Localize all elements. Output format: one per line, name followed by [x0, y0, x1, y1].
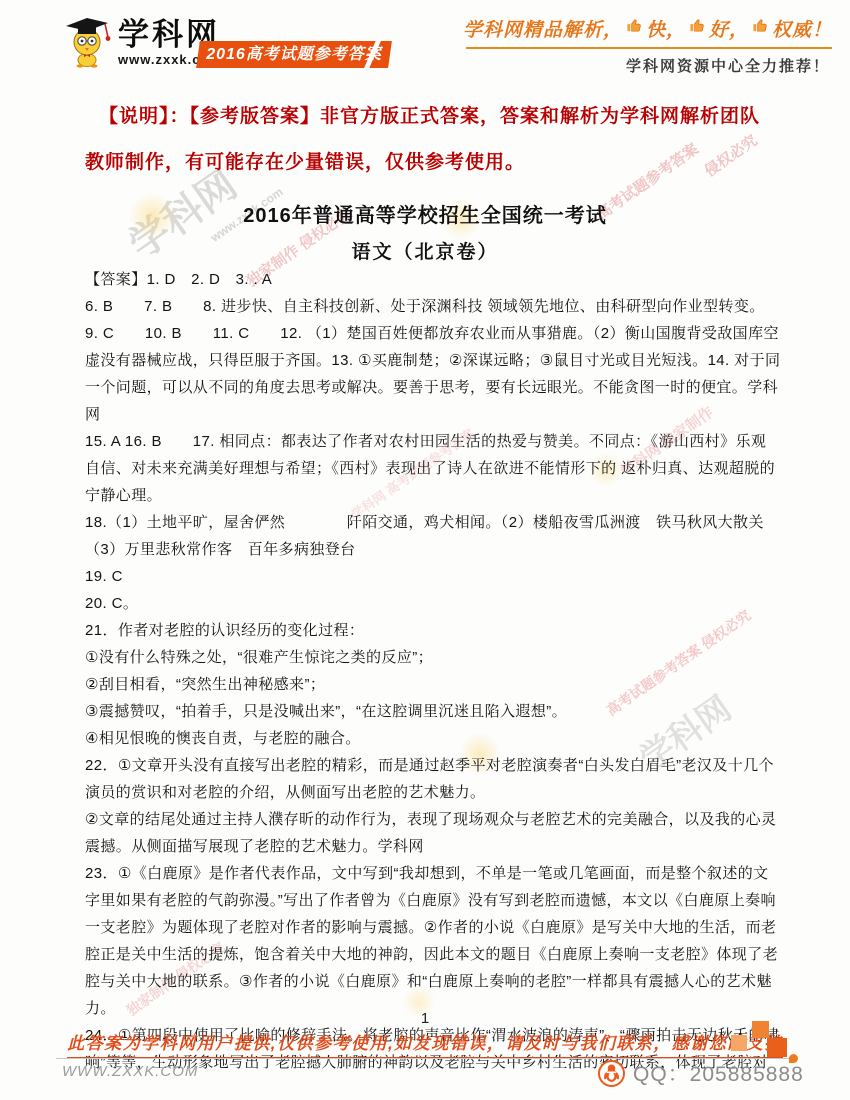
thumbs-up-icon	[626, 17, 643, 40]
footer-site-url: WWW.ZXXK.COM	[62, 1063, 198, 1080]
footer-disclaimer: 此答案为学科网用户提供,仅供参考使用,如发现错误，请及时与我们联系，感谢您的支持	[0, 1029, 850, 1058]
slogan-part: 学科网精品解析，	[463, 15, 623, 42]
qq-number: QQ：205885888	[633, 1058, 804, 1088]
footer-disclaimer-text: 此答案为学科网用户提供,仅供参考使用,如发现错误，请及时与我们联系，感谢您的支持	[67, 1029, 782, 1058]
page-header: 学科网 www.zxxk.com 2016高考试题参考答案 学科网精品解析， 快…	[0, 0, 850, 1100]
answers-banner: 2016高考试题参考答案	[196, 41, 392, 68]
thumbs-up-icon	[689, 17, 706, 40]
banner-text: 2016高考试题参考答案	[198, 41, 390, 68]
zxxk-mascot-icon	[58, 10, 116, 75]
qq-icon	[598, 1060, 625, 1087]
slogan-part: 好，	[709, 15, 749, 42]
slogan-underline	[466, 47, 832, 49]
decoration-square-dark	[767, 1038, 787, 1057]
qq-contact: QQ：205885888	[598, 1058, 804, 1088]
slogan: 学科网精品解析， 快， 好， 权威！	[463, 15, 832, 42]
decoration-square-light	[731, 1035, 747, 1051]
slogan-part: 快，	[646, 15, 686, 42]
slogan-part: 权威！	[772, 15, 832, 42]
decoration-square-medium	[752, 1021, 769, 1038]
decoration-dot	[789, 1054, 798, 1063]
document-page: 学科网www.zxxk.com独家制作 侵权必究高考试题参考答案侵权必究学科网 …	[0, 0, 850, 1100]
thumbs-up-icon	[752, 17, 769, 40]
recommend-text: 学科网资源中心全力推荐！	[626, 55, 830, 76]
